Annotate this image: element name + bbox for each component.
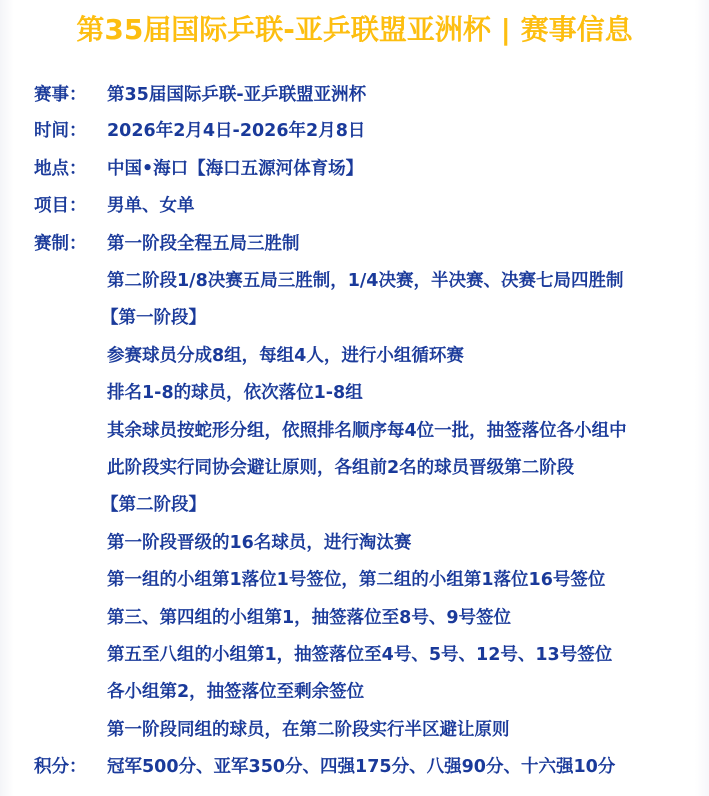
format-row: 第五至八组的小组第1，抽签落位至4号、5号、12号、13号签位 (0, 640, 709, 670)
time-label: 时间： (34, 116, 87, 146)
stage-one-heading: 【第一阶段】 (101, 303, 206, 333)
format-row: 【第二阶段】 (0, 490, 709, 520)
points-label: 积分： (34, 752, 87, 782)
format-row: 第一阶段晋级的16名球员，进行淘汰赛 (0, 528, 709, 558)
stage-two-heading: 【第二阶段】 (101, 490, 206, 520)
format-line: 各小组第2，抽签落位至剩余签位 (107, 677, 364, 707)
info-row-events: 项目： 男单、女单 (0, 191, 709, 221)
format-row: 第三、第四组的小组第1，抽签落位至8号、9号签位 (0, 603, 709, 633)
format-line: 参赛球员分成8组，每组4人，进行小组循环赛 (107, 341, 464, 371)
format-row: 第一组的小组第1落位1号签位，第二组的小组第1落位16号签位 (0, 565, 709, 595)
format-line: 第一阶段晋级的16名球员，进行淘汰赛 (107, 528, 411, 558)
format-row: 排名1-8的球员，依次落位1-8组 (0, 378, 709, 408)
info-row-points: 积分： 冠军500分、亚军350分、四强175分、八强90分、十六强10分 (0, 752, 709, 782)
format-row: 第二阶段1/8决赛五局三胜制，1/4决赛，半决赛、决赛七局四胜制 (0, 266, 709, 296)
format-line: 第一组的小组第1落位1号签位，第二组的小组第1落位16号签位 (107, 565, 605, 595)
format-row: 此阶段实行同协会避让原则，各组前2名的球员晋级第二阶段 (0, 453, 709, 483)
venue-label: 地点： (34, 154, 87, 184)
format-line: 第一阶段同组的球员，在第二阶段实行半区避让原则 (107, 715, 510, 745)
event-label: 赛事： (34, 80, 87, 110)
format-row: 其余球员按蛇形分组，依照排名顺序每4位一批，抽签落位各小组中 (0, 416, 709, 446)
info-row-venue: 地点： 中国•海口【海口五源河体育场】 (0, 154, 709, 184)
format-line: 第二阶段1/8决赛五局三胜制，1/4决赛，半决赛、决赛七局四胜制 (107, 266, 624, 296)
format-line: 排名1-8的球员，依次落位1-8组 (107, 378, 363, 408)
venue-value: 中国•海口【海口五源河体育场】 (107, 154, 363, 184)
events-label: 项目： (34, 191, 87, 221)
event-info-page: 第35届国际乒联-亚乒联盟亚洲杯 | 赛事信息 赛事： 第35届国际乒联-亚乒联… (0, 0, 709, 796)
page-title: 第35届国际乒联-亚乒联盟亚洲杯 | 赛事信息 (0, 12, 709, 48)
format-label: 赛制： (34, 229, 87, 259)
info-row-event: 赛事： 第35届国际乒联-亚乒联盟亚洲杯 (0, 80, 709, 110)
format-row: 参赛球员分成8组，每组4人，进行小组循环赛 (0, 341, 709, 371)
time-value: 2026年2月4日-2026年2月8日 (107, 116, 365, 146)
info-row-format: 赛制： 第一阶段全程五局三胜制 (0, 229, 709, 259)
format-line: 第一阶段全程五局三胜制 (107, 229, 300, 259)
format-line: 第三、第四组的小组第1，抽签落位至8号、9号签位 (107, 603, 511, 633)
event-value: 第35届国际乒联-亚乒联盟亚洲杯 (107, 80, 366, 110)
info-row-time: 时间： 2026年2月4日-2026年2月8日 (0, 116, 709, 146)
format-row: 第一阶段同组的球员，在第二阶段实行半区避让原则 (0, 715, 709, 745)
format-row: 【第一阶段】 (0, 303, 709, 333)
format-line: 其余球员按蛇形分组，依照排名顺序每4位一批，抽签落位各小组中 (107, 416, 627, 446)
events-value: 男单、女单 (107, 191, 195, 221)
points-value: 冠军500分、亚军350分、四强175分、八强90分、十六强10分 (107, 752, 615, 782)
format-line: 第五至八组的小组第1，抽签落位至4号、5号、12号、13号签位 (107, 640, 612, 670)
format-row: 各小组第2，抽签落位至剩余签位 (0, 677, 709, 707)
format-line: 此阶段实行同协会避让原则，各组前2名的球员晋级第二阶段 (107, 453, 574, 483)
